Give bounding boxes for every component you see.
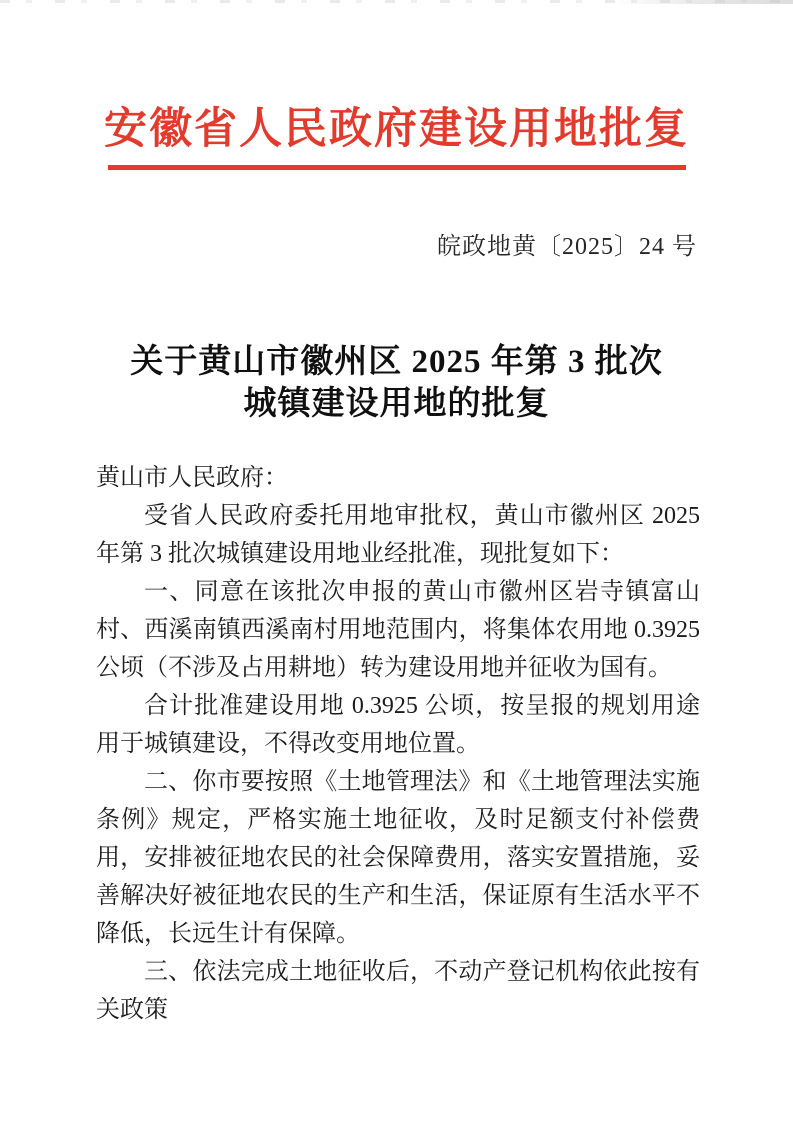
body-paragraph-item-1: 一、同意在该批次申报的黄山市徽州区岩寺镇富山村、西溪南镇西溪南村用地范围内，将集… bbox=[96, 573, 700, 687]
body-paragraph-intro: 受省人民政府委托用地审批权，黄山市徽州区 2025 年第 3 批次城镇建设用地业… bbox=[96, 497, 700, 573]
document-subject-title: 关于黄山市徽州区 2025 年第 3 批次 城镇建设用地的批复 bbox=[0, 341, 793, 425]
letterhead-title: 安徽省人民政府建设用地批复 bbox=[0, 106, 793, 154]
body-paragraph-item-2: 二、你市要按照《土地管理法》和《土地管理法实施条例》规定，严格实施土地征收，及时… bbox=[96, 763, 700, 953]
scan-smudge-artifact bbox=[613, 0, 793, 4]
document-body: 黄山市人民政府： 受省人民政府委托用地审批权，黄山市徽州区 2025 年第 3 … bbox=[96, 459, 700, 1029]
body-paragraph-item-3-truncated: 三、依法完成土地征收后，不动产登记机构依此按有关政策 bbox=[96, 953, 700, 1029]
letterhead-divider-rule bbox=[108, 165, 686, 170]
subject-title-line-1: 关于黄山市徽州区 2025 年第 3 批次 bbox=[0, 341, 793, 383]
salutation: 黄山市人民政府： bbox=[96, 459, 700, 497]
subject-title-line-2: 城镇建设用地的批复 bbox=[0, 383, 793, 425]
body-paragraph-item-1-continued: 合计批准建设用地 0.3925 公顷，按呈报的规划用途用于城镇建设，不得改变用地… bbox=[96, 687, 700, 763]
scanned-document-page: 安徽省人民政府建设用地批复 皖政地黄〔2025〕24 号 关于黄山市徽州区 20… bbox=[0, 0, 793, 1122]
document-number: 皖政地黄〔2025〕24 号 bbox=[0, 226, 793, 261]
